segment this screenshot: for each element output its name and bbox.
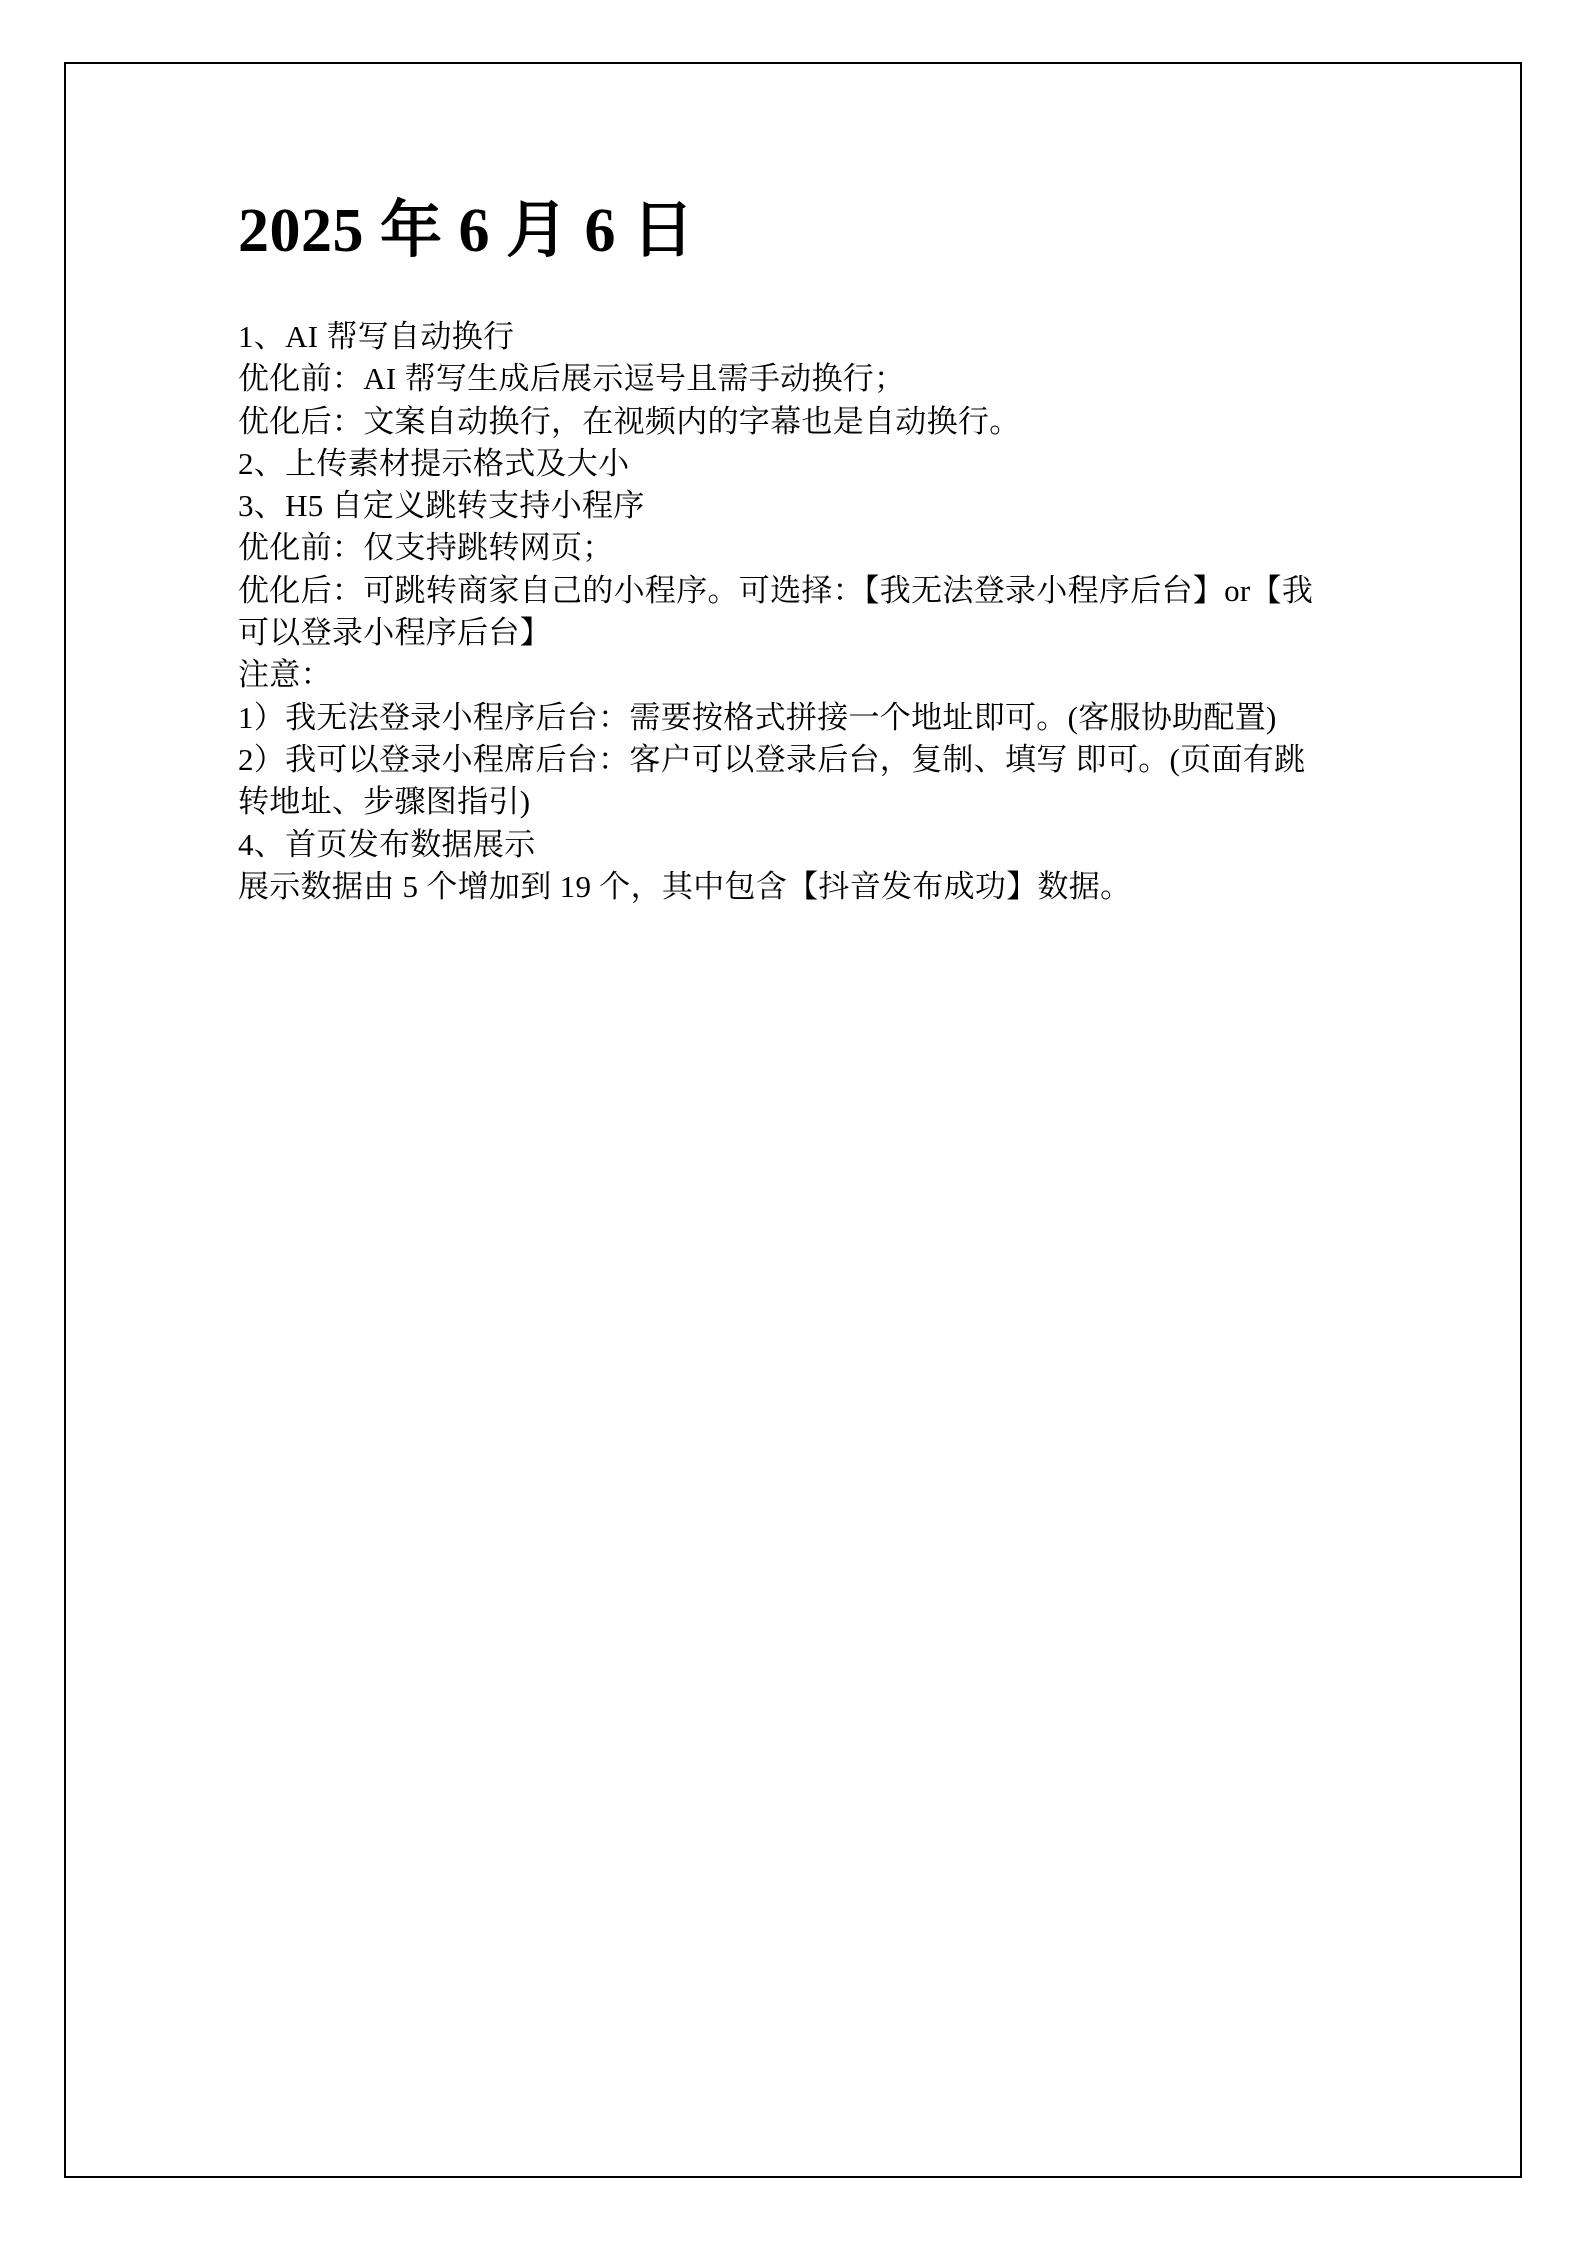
text-line: 注意： [238,654,1418,696]
body-paragraph: 1、AI 帮写自动换行 优化前：AI 帮写生成后展示逗号且需手动换行； 优化后：… [238,316,1418,908]
text-line: 展示数据由 5 个增加到 19 个，其中包含【抖音发布成功】数据。 [238,866,1418,908]
text-line: 1、AI 帮写自动换行 [238,316,1418,358]
text-line: 优化前：仅支持跳转网页； [238,527,1418,569]
text-line: 3、H5 自定义跳转支持小程序 [238,485,1418,527]
text-line: 优化后：文案自动换行，在视频内的字幕也是自动换行。 [238,401,1418,443]
text-line: 转地址、步骤图指引) [238,781,1418,823]
text-line: 优化后：可跳转商家自己的小程序。可选择：【我无法登录小程序后台】or【我 [238,570,1418,612]
text-line: 优化前：AI 帮写生成后展示逗号且需手动换行； [238,358,1418,400]
text-line: 4、首页发布数据展示 [238,824,1418,866]
text-line: 2、上传素材提示格式及大小 [238,443,1418,485]
text-line: 1）我无法登录小程序后台：需要按格式拼接一个地址即可。(客服协助配置) [238,697,1418,739]
text-line: 2）我可以登录小程席后台：客户可以登录后台，复制、填写 即可。(页面有跳 [238,739,1418,781]
date-heading: 2025 年 6 月 6 日 [238,196,695,266]
text-line: 可以登录小程序后台】 [238,612,1418,654]
